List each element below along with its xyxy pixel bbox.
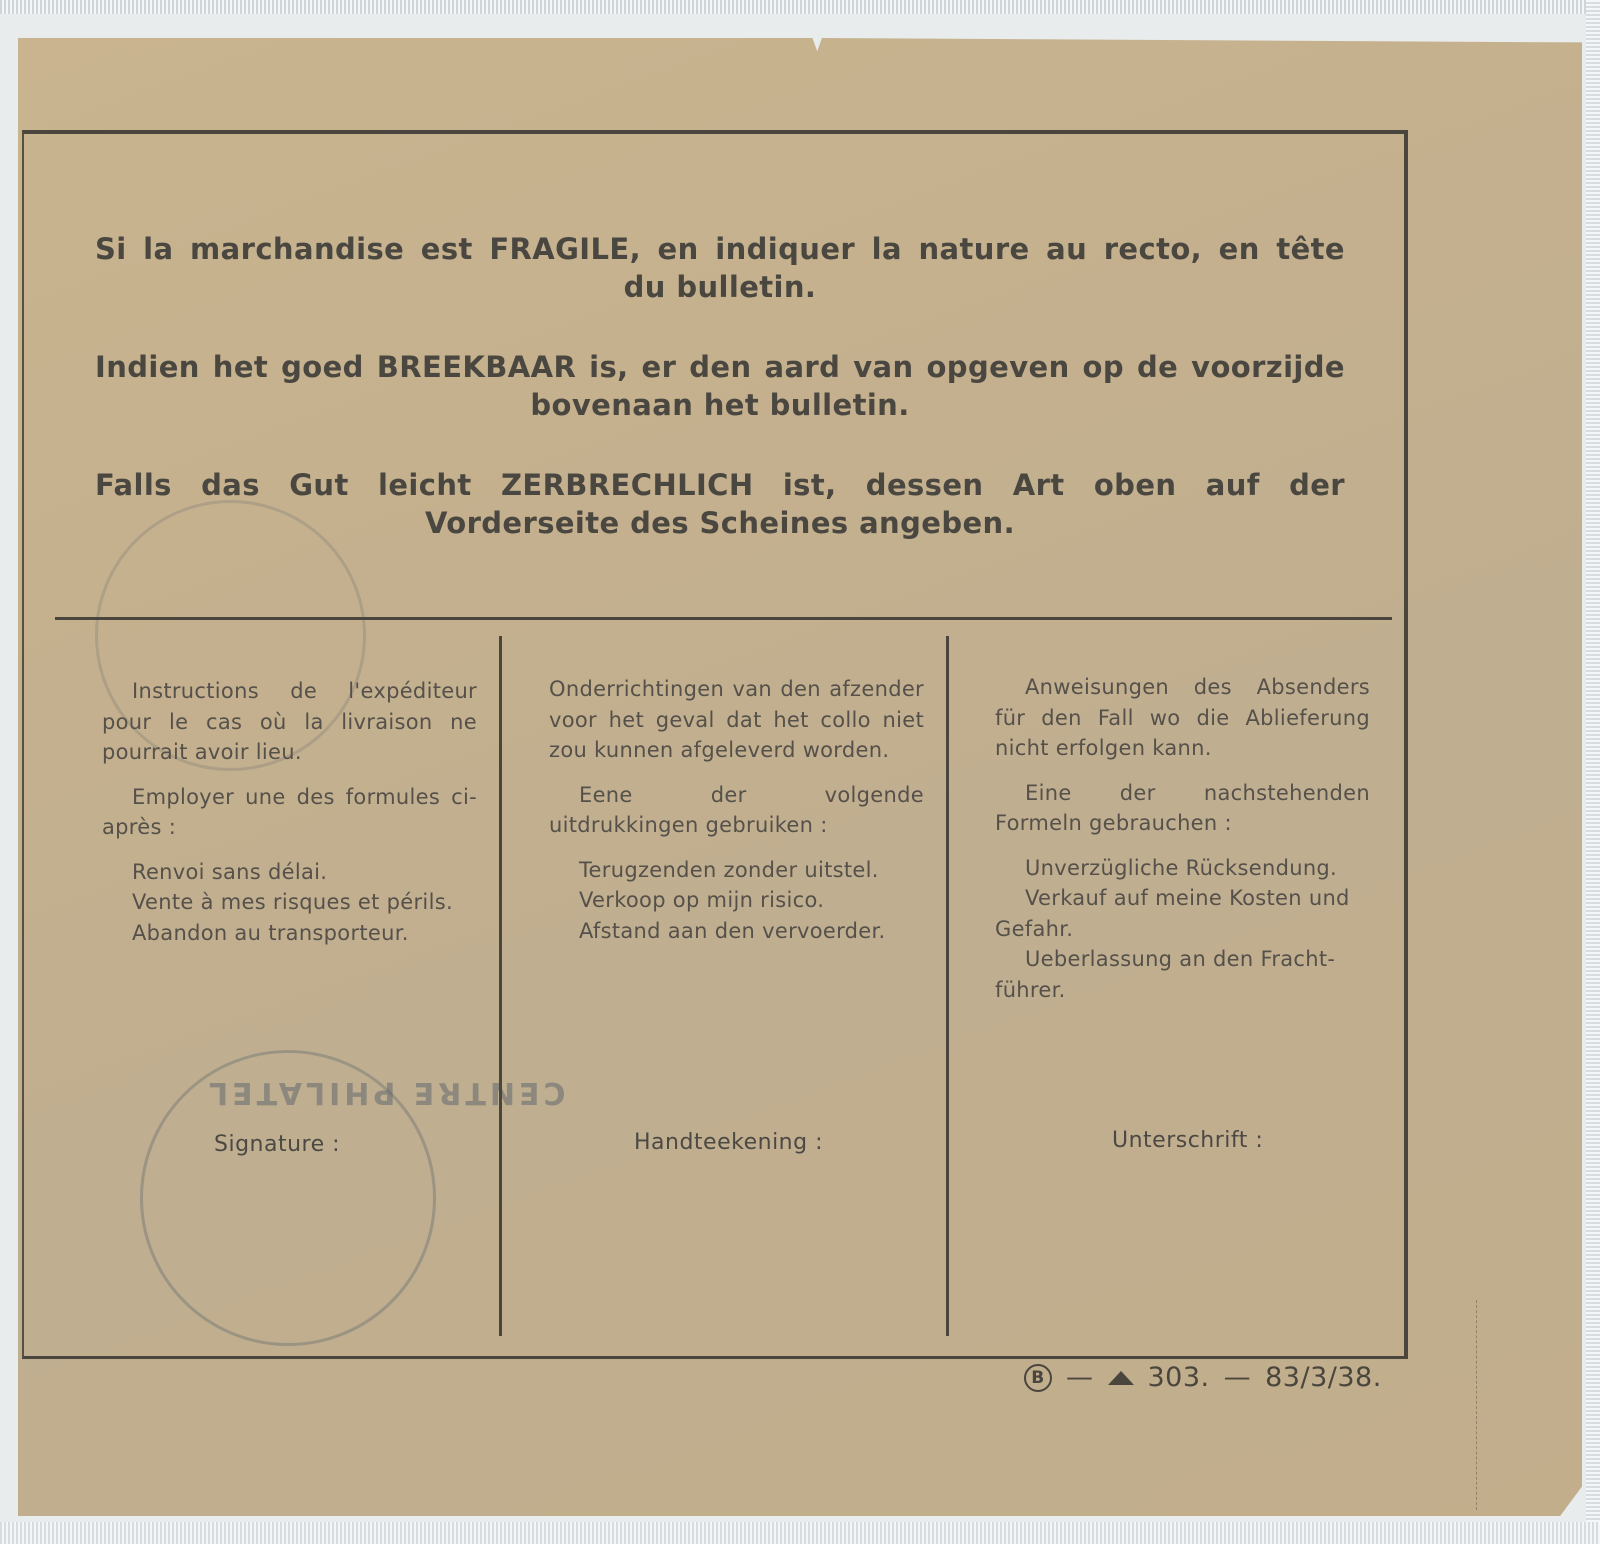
formula-fr-3: Abandon au transporteur. bbox=[102, 918, 477, 949]
fragile-notice-fr-line2: du bulletin. bbox=[95, 268, 1345, 306]
fragile-notice-nl: Indien het goed BREEKBAAR is, er den aar… bbox=[95, 348, 1345, 424]
form-number: 303. bbox=[1148, 1362, 1210, 1393]
column-divider-2 bbox=[946, 636, 949, 1336]
perforation-line bbox=[1476, 1300, 1477, 1510]
instructions-intro-nl: Onderrichtingen van den afzender voor he… bbox=[549, 674, 924, 766]
fragile-notice-de-line2: Vorderseite des Scheines angeben. bbox=[95, 504, 1345, 542]
formula-fr-1: Renvoi sans délai. bbox=[102, 857, 477, 888]
triangle-icon bbox=[1108, 1371, 1134, 1385]
formula-de-2: Verkauf auf meine Kosten und bbox=[995, 883, 1370, 914]
instructions-directive-nl: Eene der volgende uitdrukkingen gebruike… bbox=[549, 780, 924, 841]
instructions-intro-de: Anweisungen des Absenders für den Fall w… bbox=[995, 672, 1370, 764]
formula-fr-2: Vente à mes risques et périls. bbox=[102, 887, 477, 918]
formula-nl-3: Afstand aan den vervoerder. bbox=[549, 916, 924, 947]
instructions-directive-fr: Employer une des formules ci-après : bbox=[102, 782, 477, 843]
instructions-column-nl: Onderrichtingen van den afzender voor he… bbox=[549, 674, 924, 946]
sleeve-edge-bottom bbox=[0, 1522, 1600, 1544]
formula-de-3: Ueberlassung an den Fracht- bbox=[995, 944, 1370, 975]
signature-field-de: Unterschrift : bbox=[1112, 1128, 1263, 1153]
formula-nl-1: Terugzenden zonder uitstel. bbox=[549, 855, 924, 886]
formula-nl-2: Verkoop op mijn risico. bbox=[549, 885, 924, 916]
column-divider-1 bbox=[499, 636, 502, 1336]
circled-b-icon: B bbox=[1024, 1364, 1052, 1392]
signature-field-fr: Signature : bbox=[214, 1132, 340, 1157]
fragile-notice-de-line1: Falls das Gut leicht ZERBRECHLICH ist, d… bbox=[95, 466, 1345, 504]
formula-de-1: Unverzügliche Rücksendung. bbox=[995, 853, 1370, 884]
sleeve-edge-right bbox=[1586, 0, 1600, 1544]
signature-field-nl: Handteekening : bbox=[634, 1130, 823, 1155]
fragile-notice-fr-line1: Si la marchandise est FRAGILE, en indiqu… bbox=[95, 230, 1345, 268]
footer-dash-2: — bbox=[1224, 1362, 1252, 1393]
fragile-notice-nl-line1: Indien het goed BREEKBAAR is, er den aar… bbox=[95, 348, 1345, 386]
instructions-directive-de: Eine der nachstehenden Formeln gebrauche… bbox=[995, 778, 1370, 839]
formula-de-2-cont: Gefahr. bbox=[995, 914, 1370, 945]
instructions-intro-fr: Instructions de l'expéditeur pour le cas… bbox=[102, 676, 477, 768]
fragile-notice-fr: Si la marchandise est FRAGILE, en indiqu… bbox=[95, 230, 1345, 306]
instructions-column-de: Anweisungen des Absenders für den Fall w… bbox=[995, 672, 1370, 1005]
section-divider bbox=[55, 617, 1392, 620]
formula-de-3-cont: führer. bbox=[995, 975, 1370, 1006]
footer-dash-1: — bbox=[1066, 1362, 1094, 1393]
sleeve-edge-top bbox=[0, 0, 1600, 14]
instructions-column-fr: Instructions de l'expéditeur pour le cas… bbox=[102, 676, 477, 948]
fragile-notice-de: Falls das Gut leicht ZERBRECHLICH ist, d… bbox=[95, 466, 1345, 542]
form-reference: B — 303. — 83/3/38. bbox=[1024, 1362, 1382, 1393]
fragile-notice-nl-line2: bovenaan het bulletin. bbox=[95, 386, 1345, 424]
form-print-code: 83/3/38. bbox=[1265, 1362, 1382, 1393]
